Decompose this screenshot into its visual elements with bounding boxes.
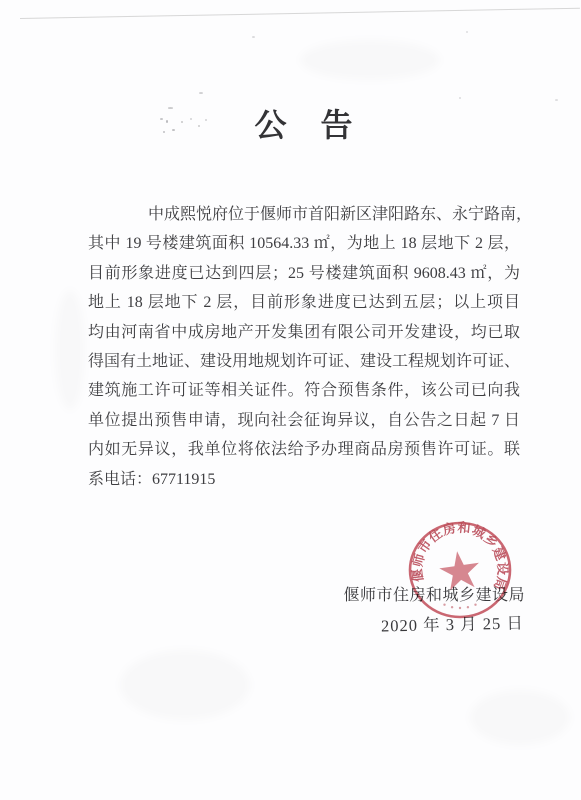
scan-speckle (555, 99, 558, 101)
body-line: 得国有土地证、建设用地规划许可证、建设工程规划许可证、 (88, 347, 520, 376)
scan-blotch (55, 290, 85, 410)
notice-title: 公 告 (88, 106, 520, 144)
body-line: 地上 18 层地下 2 层，目前形象进度已达到五层；以上项目 (88, 288, 520, 317)
body-line: 单位提出预售申请，现向社会征询异议，自公告之日起 7 日 (88, 406, 520, 435)
scanner-edge-line (20, 8, 580, 19)
body-line: 其中 19 号楼建筑面积 10564.33 ㎡，为地上 18 层地下 2 层， (88, 229, 520, 258)
notice-body: 中成熙悦府位于偃师市首阳新区津阳路东、永宁路南， 其中 19 号楼建筑面积 10… (88, 200, 520, 494)
seal-arc-text: 偃师市住房和城乡建设局 (410, 520, 511, 593)
body-line: 目前形象进度已达到四层；25 号楼建筑面积 9608.43 ㎡，为 (88, 259, 520, 288)
scan-blotch (120, 650, 250, 720)
official-seal: 偃师市住房和城乡建设局 (398, 508, 522, 632)
body-line-contact-phone: 系电话：67711915 (88, 465, 520, 494)
body-line: 建筑施工许可证等相关证件。符合预售条件，该公司已向我 (88, 376, 520, 405)
seal-star-icon (437, 548, 482, 591)
body-line: 中成熙悦府位于偃师市首阳新区津阳路东、永宁路南， (88, 200, 520, 229)
scanned-notice-page: 公 告 中成熙悦府位于偃师市首阳新区津阳路东、永宁路南， 其中 19 号楼建筑面… (0, 0, 581, 800)
seal-arc-text-holder: 偃师市住房和城乡建设局 (410, 520, 511, 593)
scan-speckle (199, 92, 203, 94)
scan-speckle (466, 31, 468, 33)
body-line: 均由河南省中成房地产开发集团有限公司开发建设，均已取 (88, 318, 520, 347)
scan-blotch (300, 40, 440, 80)
body-line: 内如无异议，我单位将依法给予办理商品房预售许可证。联 (88, 435, 520, 464)
seal-serial-dots (443, 604, 476, 610)
scan-blotch (470, 690, 570, 745)
scan-speckle (252, 36, 255, 38)
scan-speckle (459, 97, 461, 99)
